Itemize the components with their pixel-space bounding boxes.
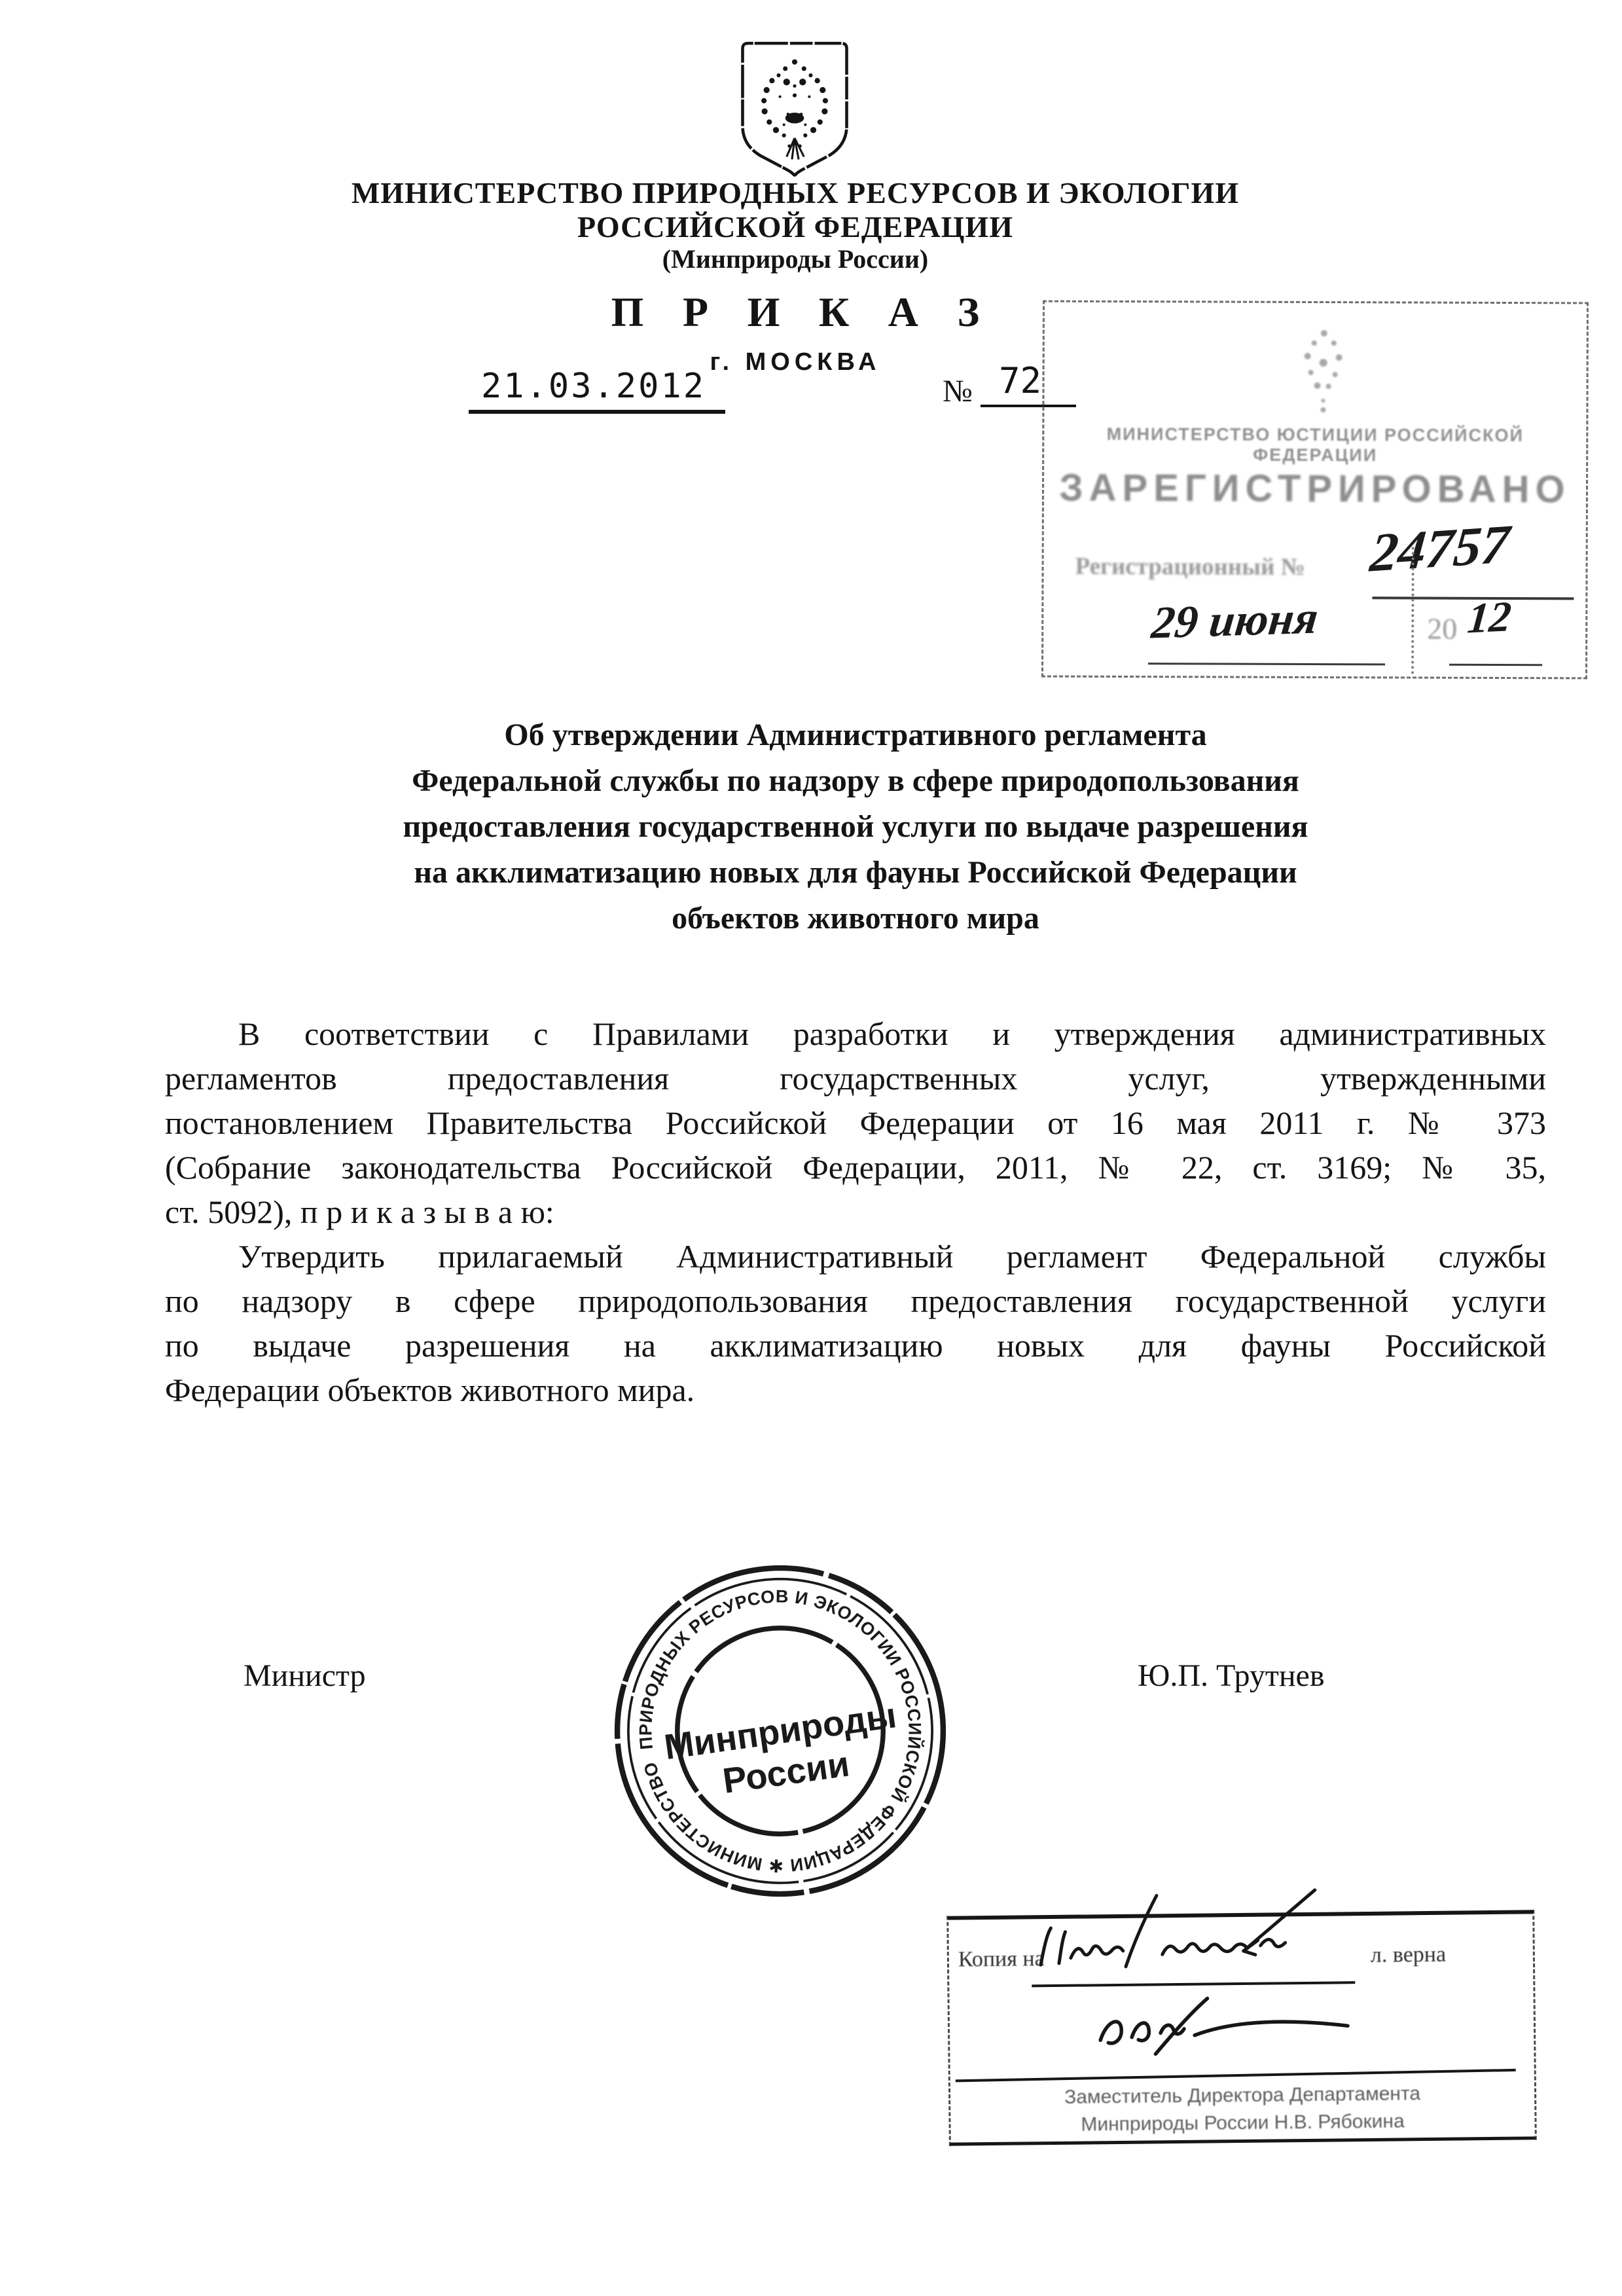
- scanned-order-document: МИНИСТЕРСТВО ПРИРОДНЫХ РЕСУРСОВ И ЭКОЛОГ…: [0, 0, 1622, 2296]
- ministry-seal-stamp-icon: ПРИРОДНЫХ РЕСУРСОВ И ЭКОЛОГИИ РОССИЙСКОЙ…: [586, 1537, 974, 1925]
- registration-date-underline: [1148, 663, 1385, 665]
- certifier-divider-line: [956, 2069, 1516, 2082]
- signer-position: Министр: [243, 1658, 366, 1694]
- ministry-name-line1: МИНИСТЕРСТВО ПРИРОДНЫХ РЕСУРСОВ И ЭКОЛОГ…: [0, 175, 1591, 210]
- title-line: Об утверждении Административного регламе…: [165, 712, 1546, 758]
- registration-date-value: 29 июня: [1149, 592, 1320, 650]
- order-number: 72: [999, 360, 1041, 401]
- date-underline: [469, 410, 725, 414]
- order-body: В соответствии с Правилами разработки и …: [165, 1011, 1546, 1412]
- justice-registration-stamp: МИНИСТЕРСТВО ЮСТИЦИИ РОССИЙСКОЙ ФЕДЕРАЦИ…: [1041, 301, 1589, 680]
- certifier-position-line2: Минприроды России Н.В. Рябокина: [950, 2109, 1534, 2137]
- title-line: на акклиматизацию новых для фауны Россий…: [165, 850, 1546, 896]
- certifier-signature-scribble: [1087, 1993, 1362, 2068]
- body-line: ст. 5092), п р и к а з ы в а ю:: [165, 1190, 1546, 1234]
- registration-year-prefix: 20: [1427, 611, 1457, 646]
- registration-number-value: 24757: [1367, 513, 1512, 585]
- registration-year-value: 12: [1466, 592, 1513, 644]
- coat-of-arms-icon: [737, 39, 852, 177]
- copy-count-suffix: л. верна: [1371, 1942, 1447, 1968]
- ghost-coat-of-arms-icon: [1274, 320, 1373, 419]
- body-line: Федерации объектов животного мира.: [165, 1368, 1546, 1412]
- title-line: объектов животного мира: [165, 896, 1546, 941]
- body-paragraph-2: Утвердить прилагаемый Административный р…: [165, 1234, 1546, 1412]
- copy-certification-stamp: Копия на л. верна: [946, 1910, 1537, 2145]
- number-sign: №: [943, 373, 973, 409]
- body-line: регламентов предоставления государственн…: [165, 1056, 1546, 1101]
- order-date: 21.03.2012: [481, 367, 706, 406]
- signer-name: Ю.П. Трутнев: [1138, 1658, 1325, 1694]
- body-line: постановлением Правительства Российской …: [165, 1101, 1546, 1145]
- ministry-name-line2: РОССИЙСКОЙ ФЕДЕРАЦИИ: [0, 210, 1591, 244]
- body-paragraph-1: В соответствии с Правилами разработки и …: [165, 1011, 1546, 1234]
- handwritten-sheet-count-scribble: [1027, 1899, 1368, 1987]
- certifier-position-line1: Заместитель Директора Департамента: [950, 2081, 1534, 2109]
- stamp-vertical-divider: [1411, 547, 1415, 674]
- title-line: Федеральной службы по надзору в сфере пр…: [165, 758, 1546, 804]
- registration-agency-line: МИНИСТЕРСТВО ЮСТИЦИИ РОССИЙСКОЙ ФЕДЕРАЦИ…: [1044, 424, 1586, 467]
- body-line: (Собрание законодательства Российской Фе…: [165, 1145, 1546, 1190]
- order-title: Об утверждении Административного регламе…: [165, 712, 1546, 941]
- registration-number-label: Регистрационный №: [1075, 553, 1305, 581]
- title-line: предоставления государственной услуги по…: [165, 804, 1546, 850]
- body-line: по надзору в сфере природопользования пр…: [165, 1279, 1546, 1323]
- body-line: Утвердить прилагаемый Административный р…: [165, 1234, 1546, 1279]
- registered-label: ЗАРЕГИСТРИРОВАНО: [1044, 466, 1586, 512]
- body-line: по выдаче разрешения на акклиматизацию н…: [165, 1323, 1546, 1368]
- body-line: В соответствии с Правилами разработки и …: [165, 1011, 1546, 1056]
- ministry-short-name: (Минприроды России): [0, 244, 1591, 274]
- eagle-speckle-group: [761, 60, 828, 160]
- registration-year-underline: [1449, 664, 1542, 666]
